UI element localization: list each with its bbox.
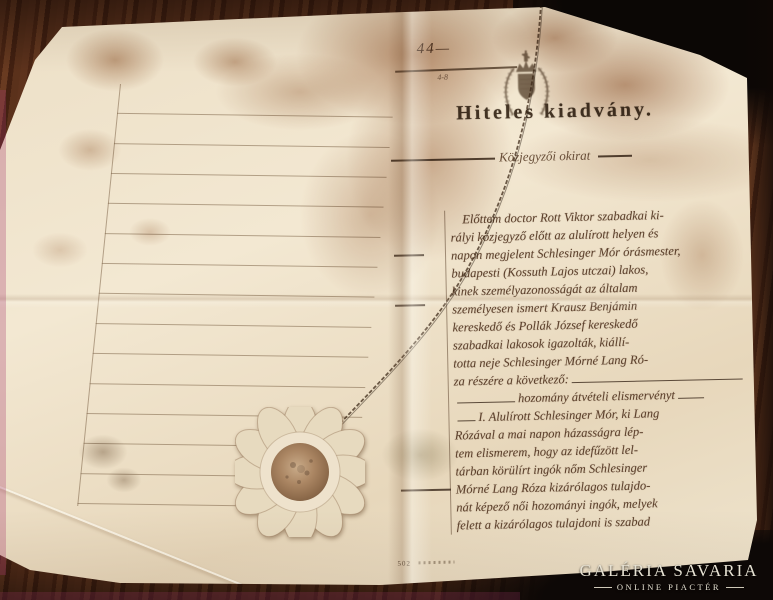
- margin-rule: [401, 489, 451, 492]
- handwritten-body: Előttem doctor Rott Viktor szabadkai ki-…: [444, 204, 749, 534]
- margin-rule: [394, 254, 424, 257]
- photo-scene: 44— 4-8 Hite: [0, 0, 773, 600]
- watermark-subtitle-text: ONLINE PIACTÉR: [617, 582, 721, 592]
- folio-note: 4-8: [437, 73, 448, 82]
- watermark-rule: [726, 587, 744, 588]
- printer-mark: 502: [397, 559, 454, 568]
- watermark: GALÉRIA SAVARIA ONLINE PIACTÉR: [571, 561, 767, 592]
- watermark-title: GALÉRIA SAVARIA: [571, 561, 767, 581]
- document-title: Hiteles kiadvány.: [436, 98, 674, 126]
- handwritten-subtitle: Közjegyzői okirat: [499, 148, 591, 166]
- right-page: 44— 4-8 Hite: [382, 0, 766, 600]
- notary-rosette-seal: [235, 407, 365, 537]
- subtitle-row: Közjegyzői okirat: [391, 145, 697, 167]
- folio-number: 44—: [417, 41, 452, 59]
- document-paper: 44— 4-8 Hite: [0, 0, 773, 600]
- handwritten-line: felett a kizárólagos tulajdoni is szabad: [457, 512, 651, 534]
- margin-rule: [395, 304, 425, 307]
- watermark-subtitle: ONLINE PIACTÉR: [571, 582, 767, 592]
- watermark-rule: [594, 587, 612, 588]
